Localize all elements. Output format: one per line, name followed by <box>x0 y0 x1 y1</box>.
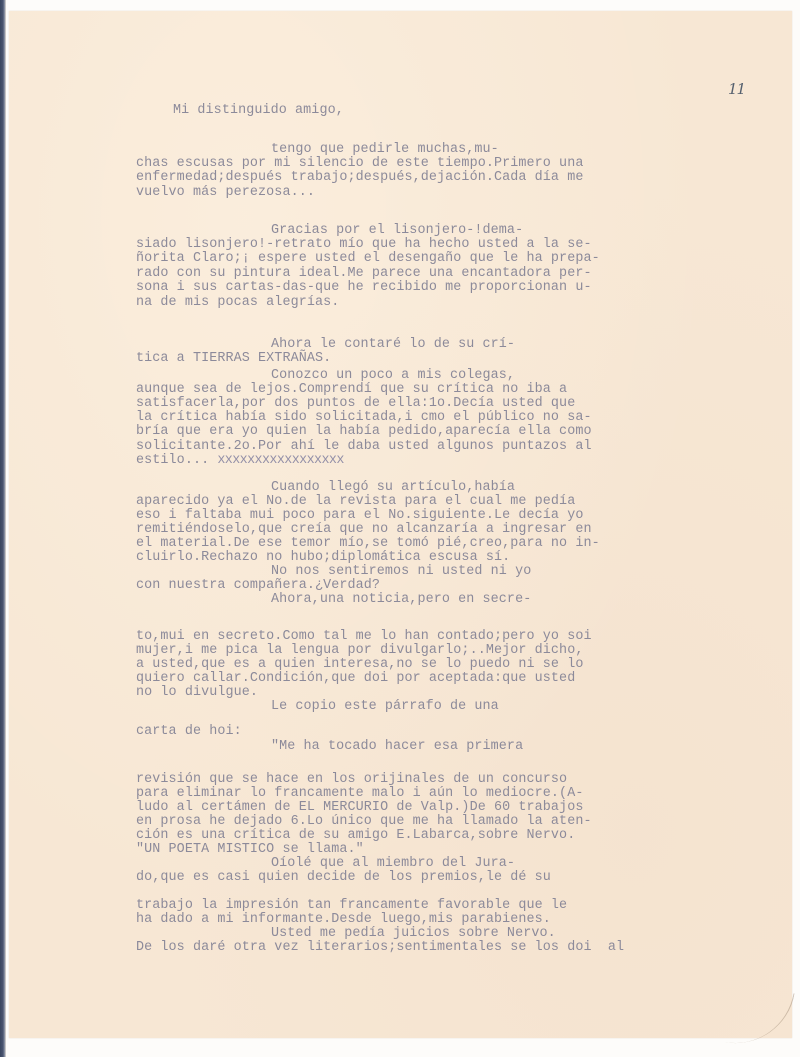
letter-line: ha dado a mi informante.Desde luego,mis … <box>136 913 551 926</box>
letter-line: ción es una crítica de su amigo E.Labarc… <box>136 829 575 842</box>
letter-line: carta de hoi: <box>136 725 242 738</box>
letter-line: vuelvo más perezosa... <box>136 186 315 199</box>
struck-out-text: xxxxxxxxxxxxxxxxx <box>217 453 343 468</box>
letter-line: Conozco un poco a mis colegas, <box>271 369 515 382</box>
letter-line: quiero callar.Condición,que doi por acep… <box>136 672 575 685</box>
letter-line: No nos sentiremos ni usted ni yo <box>271 565 531 578</box>
letter-line: aunque sea de lejos.Comprendí que su crí… <box>136 383 567 396</box>
letter-line: chas escusas por mi silencio de este tie… <box>136 157 583 170</box>
page-number: 11 <box>728 80 745 98</box>
letter-line: Le copio este párrafo de una <box>271 700 499 713</box>
letter-line: Oíolé que al miembro del Jura- <box>271 857 515 870</box>
letter-line: Ahora le contaré lo de su crí- <box>271 338 515 351</box>
letter-line: con nuestra compañera.¿Verdad? <box>136 579 380 592</box>
letter-line: cluirlo.Rechazo no hubo;diplomática escu… <box>136 551 510 564</box>
letter-line: tica a TIERRAS EXTRAÑAS. <box>136 352 331 365</box>
letter-line: revisión que se hace en los orijinales d… <box>136 773 567 786</box>
letter-line: tengo que pedirle muchas,mu- <box>271 143 499 156</box>
letter-line: enfermedad;después trabajo;después,dejac… <box>136 171 583 184</box>
letter-line: Usted me pedía juicios sobre Nervo. <box>271 927 556 940</box>
letter-line: estilo... xxxxxxxxxxxxxxxxx <box>136 454 344 467</box>
letter-line: solicitante.2o.Por ahí le daba usted alg… <box>136 440 592 453</box>
letter-line: Cuando llegó su artículo,había <box>271 481 515 494</box>
letter-line: aparecido ya el No.de la revista para el… <box>136 495 575 508</box>
letter-line: bría que era yo quien la había pedido,ap… <box>136 425 592 438</box>
letter-line: rado con su pintura ideal.Me parece una … <box>136 267 592 280</box>
letter-line: en prosa he dejado 6.Lo único que me ha … <box>136 815 592 828</box>
letter-line: Gracias por el lisonjero-!dema- <box>271 224 523 237</box>
letter-line: remitiéndoselo,que creía que no alcanzar… <box>136 523 592 536</box>
letter-line: trabajo la impresión tan francamente fav… <box>136 899 567 912</box>
letter-line: satisfacerla,por dos puntos de ella:1o.D… <box>136 397 575 410</box>
letter-line: la crítica había sido solicitada,i cmo e… <box>136 411 592 424</box>
letter-line: ludo al certámen de EL MERCURIO de Valp.… <box>136 801 583 814</box>
salutation: Mi distinguido amigo, <box>173 104 344 117</box>
paper-fold-mark <box>704 979 794 1052</box>
letter-line: sona i sus cartas-das-que he recibido me… <box>136 281 592 294</box>
letter-line: "UN POETA MISTICO se llama." <box>136 843 364 856</box>
letter-line: siado lisonjero!-retrato mío que ha hech… <box>136 238 592 251</box>
letter-line: do,que es casi quien decide de los premi… <box>136 871 551 884</box>
letter-line: a usted,que es a quien interesa,no se lo… <box>136 658 583 671</box>
letter-line: no lo divulgue. <box>136 686 258 699</box>
letter-line: el material.De ese temor mío,se tomó pié… <box>136 537 600 550</box>
scanner-edge <box>0 0 6 1057</box>
letter-line: mujer,i me pica la lengua por divulgarlo… <box>136 644 583 657</box>
scanned-page: 11 Mi distinguido amigo, tengo que pedir… <box>0 0 800 1057</box>
letter-line: to,mui en secreto.Como tal me lo han con… <box>136 630 592 643</box>
letter-line: Ahora,una noticia,pero en secre- <box>271 593 531 606</box>
letter-line: ñorita Claro;¡ espere usted el desengaño… <box>136 252 600 265</box>
letter-line: na de mis pocas alegrías. <box>136 296 339 309</box>
letter-line: De los daré otra vez literarios;sentimen… <box>136 941 624 954</box>
letter-line: "Me ha tocado hacer esa primera <box>271 740 523 753</box>
letter-line: para eliminar lo francamente malo i aún … <box>136 787 583 800</box>
letter-line: eso i faltaba mui poco para el No.siguie… <box>136 509 583 522</box>
